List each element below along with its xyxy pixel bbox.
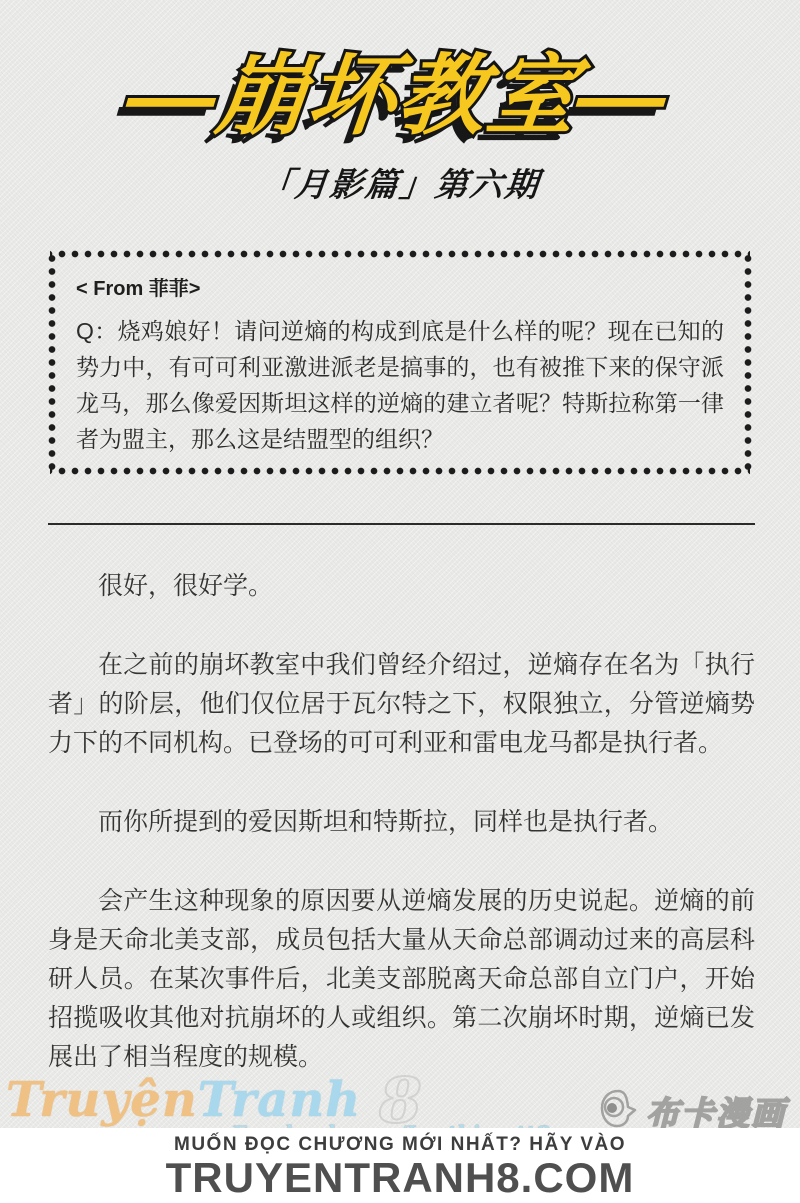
publisher-logo: 布卡漫画 [598,1088,786,1128]
answer-paragraph: 很好，很好学。 [48,567,755,606]
answer-paragraph: 会产生这种现象的原因要从逆熵发展的历史说起。逆熵的前身是天命北美支部，成员包括大… [48,882,755,1077]
question-from-label: < From 菲菲> [76,272,724,301]
dotted-border-left [48,252,56,473]
publisher-name: 布卡漫画 [646,1088,786,1128]
watermark-logo-truyen: Truyện [6,1072,198,1128]
watermark-logo-tranh: Tranh [198,1072,361,1128]
page-subtitle: 「月影篇」第六期 [0,159,800,206]
paper-background: —崩坏教室— 「月影篇」第六期 < From 菲菲> Q：烧鸡娘好！请问逆熵的构… [0,0,800,1128]
footer-cta-line: MUỐN ĐỌC CHƯƠNG MỚI NHẤT? HÃY VÀO [0,1134,800,1156]
dotted-border-right [744,252,752,473]
footer-site-url: TRUYENTRANH8.COM [0,1156,800,1200]
watermark-8-outline: 8 [379,1064,423,1128]
publisher-face-icon [598,1088,638,1128]
answer-paragraph: 在之前的崩坏教室中我们曾经介绍过，逆熵存在名为「执行者」的阶层，他们仅位居于瓦尔… [48,646,755,763]
dotted-border-bottom [50,467,750,475]
question-text: Q：烧鸡娘好！请问逆熵的构成到底是什么样的呢？现在已知的势力中，有可可利亚激进派… [76,313,724,457]
watermark-wordmark: TruyệnTranh 8 [6,1058,550,1128]
comic-page: —崩坏教室— 「月影篇」第六期 < From 菲菲> Q：烧鸡娘好！请问逆熵的构… [0,0,800,1203]
answer-section: 很好，很好学。 在之前的崩坏教室中我们曾经介绍过，逆熵存在名为「执行者」的阶层，… [48,567,755,1077]
watermark-logo: TruyệnTranh 8 Facebook.com/Lacthien.tt8 [6,1058,550,1128]
question-box: < From 菲菲> Q：烧鸡娘好！请问逆熵的构成到底是什么样的呢？现在已知的势… [48,250,752,475]
dotted-border-top [50,250,750,258]
footer-strip: MUỐN ĐỌC CHƯƠNG MỚI NHẤT? HÃY VÀO TRUYEN… [0,1128,800,1203]
answer-paragraph: 而你所提到的爱因斯坦和特斯拉，同样也是执行者。 [48,803,755,842]
page-title: —崩坏教室— [0,0,800,145]
section-divider [48,523,755,525]
